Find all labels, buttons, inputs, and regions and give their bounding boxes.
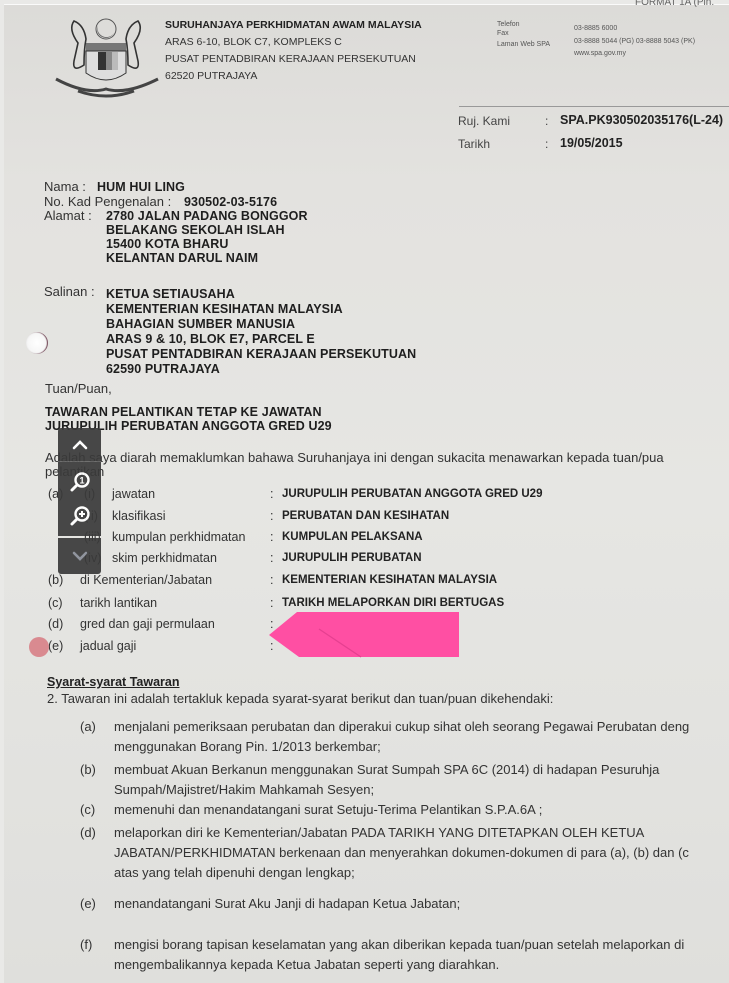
detail-label: di Kementerian/Jabatan (80, 573, 212, 587)
scroll-up-button[interactable] (58, 430, 101, 460)
detail-letter: (d) (48, 617, 63, 631)
detail-label: gred dan gaji permulaan (80, 617, 215, 631)
contact-label: Fax (497, 30, 509, 37)
detail-value: KEMENTERIAN KESIHATAN MALAYSIA (282, 574, 497, 586)
detail-value: TARIKH MELAPORKAN DIRI BERTUGAS (282, 597, 504, 609)
contact-label: Telefon (497, 21, 520, 28)
ref-number: SPA.PK930502035176(L-24) (560, 113, 723, 127)
condition-letter: (d) (80, 825, 96, 840)
condition-line: Sumpah/Majistret/Hakim Mahkamah Sesyen; (114, 782, 374, 797)
org-name: SURUHANJAYA PERKHIDMATAN AWAM MALAYSIA (165, 19, 422, 31)
address-line: 2780 JALAN PADANG BONGGOR (106, 209, 308, 223)
address-line: KELANTAN DARUL NAIM (106, 251, 258, 265)
zoom-reset-icon: 1 (69, 471, 91, 493)
condition-line: JABATAN/PERKHIDMATAN berkenaan dan menye… (114, 845, 689, 860)
detail-separator: : (270, 509, 273, 523)
header-divider (459, 106, 729, 107)
viewer-controls: 1 (58, 428, 101, 574)
condition-line: memenuhi dan menandatangani surat Setuju… (114, 802, 542, 817)
copy-line: 62590 PUTRAJAYA (106, 362, 220, 376)
chevron-up-icon (72, 439, 88, 451)
detail-label: jadual gaji (80, 639, 136, 653)
ic-number: 930502-03-5176 (184, 195, 277, 209)
copy-line: BAHAGIAN SUMBER MANUSIA (106, 317, 295, 331)
viewer-controls-top: 1 (58, 428, 101, 536)
conditions-intro: 2. Tawaran ini adalah tertakluk kepada s… (47, 691, 553, 706)
copy-line: KETUA SETIAUSAHA (106, 287, 235, 301)
detail-value: JURUPULIH PERUBATAN (282, 552, 422, 564)
zoom-reset-button[interactable]: 1 (58, 466, 101, 498)
intro-line: Adalah saya diarah memaklumkan bahawa Su… (45, 450, 664, 465)
date-separator: : (545, 137, 548, 151)
condition-line: atas yang telah dipenuhi dengan lengkap; (114, 865, 355, 880)
svg-text:1: 1 (79, 476, 84, 486)
detail-label: skim perkhidmatan (112, 551, 217, 565)
pink-dot (29, 637, 49, 657)
condition-line: menjalani pemeriksaan perubatan dan dipe… (114, 719, 689, 734)
scroll-down-button[interactable] (58, 540, 101, 572)
copy-line: ARAS 9 & 10, BLOK E7, PARCEL E (106, 332, 315, 346)
copy-line: KEMENTERIAN KESIHATAN MALAYSIA (106, 302, 343, 316)
condition-letter: (e) (80, 896, 96, 911)
salutation: Tuan/Puan, (45, 381, 112, 396)
detail-label: klasifikasi (112, 509, 166, 523)
detail-separator: : (270, 551, 273, 565)
contact-value: www.spa.gov.my (574, 50, 626, 57)
detail-label: tarikh lantikan (80, 596, 157, 610)
copy-line: PUSAT PENTADBIRAN KERAJAAN PERSEKUTUAN (106, 347, 416, 361)
coat-of-arms-icon (48, 15, 166, 101)
detail-letter: (b) (48, 573, 63, 587)
org-address-line: ARAS 6-10, BLOK C7, KOMPLEKS C (165, 36, 342, 48)
detail-label: jawatan (112, 487, 155, 501)
org-address-line: 62520 PUTRAJAYA (165, 70, 257, 82)
detail-separator: : (270, 573, 273, 587)
org-address-line: PUSAT PENTADBIRAN KERAJAAN PERSEKUTUAN (165, 53, 416, 65)
condition-letter: (a) (80, 719, 96, 734)
detail-separator: : (270, 596, 273, 610)
punch-hole (26, 332, 48, 354)
condition-line: mengisi borang tapisan keselamatan yang … (114, 937, 684, 952)
subject-line: TAWARAN PELANTIKAN TETAP KE JAWATAN (45, 405, 322, 419)
contact-label: Laman Web SPA (497, 41, 550, 48)
condition-letter: (c) (80, 802, 95, 817)
condition-line: mengembalikannya kepada Ketua Jabatan se… (114, 957, 499, 972)
condition-line: menandatangani Surat Aku Janji di hadapa… (114, 896, 460, 911)
condition-line: membuat Akuan Berkanun menggunakan Surat… (114, 762, 659, 777)
form-tag: FORMAT 1A (Pin. (635, 0, 714, 8)
address-line: BELAKANG SEKOLAH ISLAH (106, 223, 285, 237)
address-line: 15400 KOTA BHARU (106, 237, 228, 251)
zoom-in-button[interactable] (58, 500, 101, 532)
date-label: Tarikh (458, 137, 490, 151)
detail-value: PERUBATAN DAN KESIHATAN (282, 510, 449, 522)
letter-date: 19/05/2015 (560, 136, 623, 150)
sticky-note-flag (269, 609, 461, 659)
condition-line: menggunakan Borang Pin. 1/2013 berkembar… (114, 739, 381, 754)
detail-separator: : (270, 530, 273, 544)
ic-label: No. Kad Pengenalan : (44, 194, 171, 209)
detail-letter: (e) (48, 639, 63, 653)
viewer-controls-bottom (58, 538, 101, 574)
detail-separator: : (270, 487, 273, 501)
detail-value: JURUPULIH PERUBATAN ANGGOTA GRED U29 (282, 488, 542, 500)
address-label: Alamat : (44, 208, 92, 223)
condition-letter: (f) (80, 937, 92, 952)
detail-letter: (c) (48, 596, 63, 610)
chevron-down-icon (72, 550, 88, 562)
ref-separator: : (545, 114, 548, 128)
document-page: SURUHANJAYA PERKHIDMATAN AWAM MALAYSIA A… (4, 4, 729, 983)
contact-value: 03-8888 5044 (PG) 03-8888 5043 (PK) (574, 38, 695, 45)
contact-value: 03-8885 6000 (574, 25, 617, 32)
zoom-in-icon (69, 505, 91, 527)
detail-value: KUMPULAN PELAKSANA (282, 531, 423, 543)
detail-label: kumpulan perkhidmatan (112, 530, 245, 544)
copy-label: Salinan : (44, 284, 95, 299)
condition-line: melaporkan diri ke Kementerian/Jabatan P… (114, 825, 644, 840)
conditions-heading: Syarat-syarat Tawaran (47, 675, 179, 689)
name-label: Nama : (44, 179, 86, 194)
condition-letter: (b) (80, 762, 96, 777)
ref-label: Ruj. Kami (458, 114, 510, 128)
recipient-name: HUM HUI LING (97, 180, 185, 194)
controls-divider (58, 461, 101, 462)
